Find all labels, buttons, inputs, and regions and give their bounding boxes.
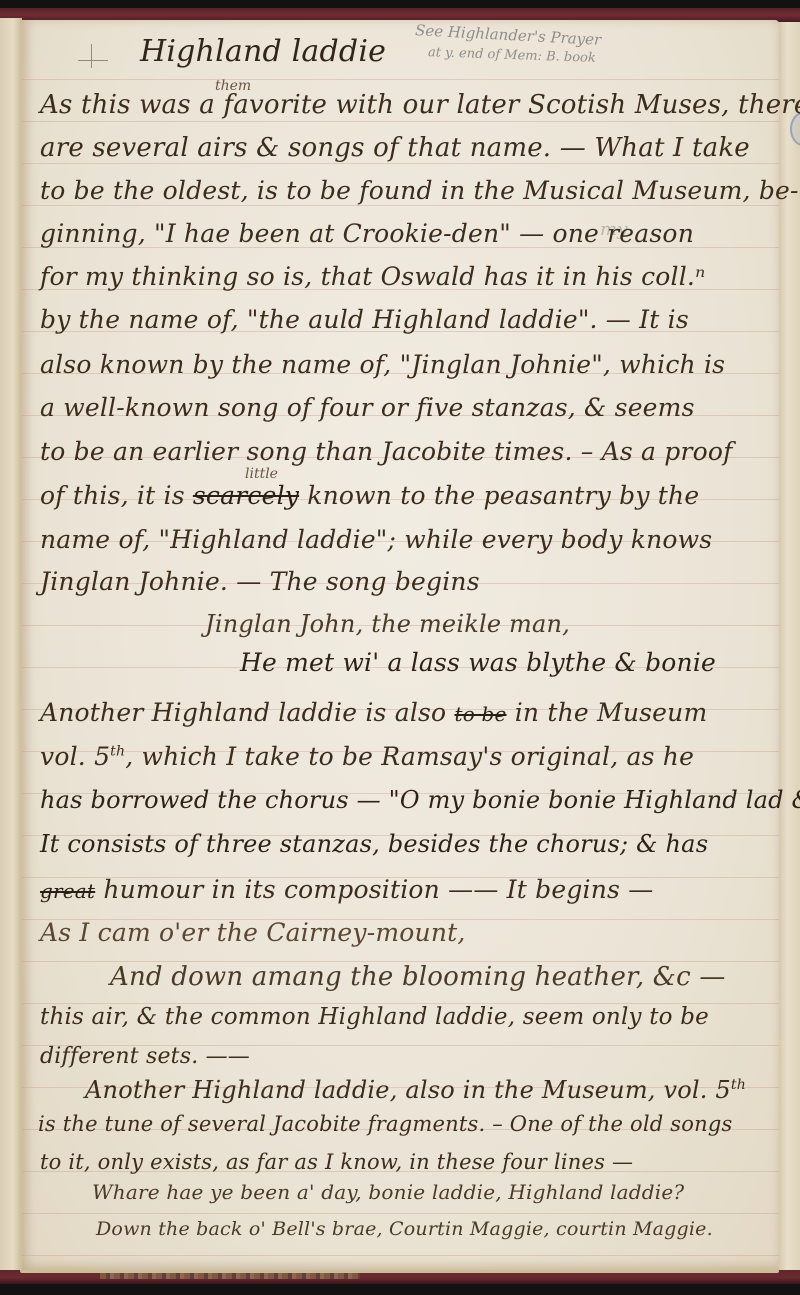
- text-line-10-end: known to the peasantry by the: [307, 481, 699, 510]
- binding-gutter: [0, 18, 22, 1270]
- faint-word-my: my: [600, 219, 628, 240]
- text-line-3: to be the oldest, is to be found in the …: [40, 176, 799, 205]
- text-line-19: different sets. ——: [40, 1044, 250, 1069]
- interlinear-insertion-little: little: [245, 466, 278, 482]
- text-line-21: is the tune of several Jacobite fragment…: [38, 1112, 732, 1136]
- text-line-20-text: Another Highland laddie, also in the Mus…: [85, 1076, 731, 1104]
- struck-word-great: great: [40, 879, 95, 903]
- text-line-13: Another Highland laddie is also to be in…: [40, 698, 707, 727]
- text-line-11: name of, "Highland laddie"; while every …: [40, 525, 712, 554]
- text-line-15: has borrowed the chorus — "O my bonie bo…: [40, 786, 800, 814]
- text-line-14: vol. 5th, which I take to be Ramsay's or…: [40, 742, 694, 771]
- text-line-13-start: Another Highland laddie is also: [40, 698, 446, 727]
- text-line-14-rest: , which I take to be Ramsay's original, …: [125, 742, 694, 771]
- text-line-13-end: in the Museum: [515, 698, 708, 727]
- superscript-th-2: th: [731, 1077, 746, 1093]
- text-line-7: also known by the name of, "Jinglan John…: [40, 350, 725, 379]
- facing-page-edge: [777, 22, 800, 1270]
- text-line-1: As this was a favorite with our later Sc…: [40, 90, 800, 120]
- text-line-14-vol: vol. 5: [40, 742, 110, 771]
- text-line-17: great humour in its composition —— It be…: [40, 875, 653, 904]
- text-line-22: to it, only exists, as far as I know, in…: [40, 1150, 633, 1174]
- text-line-17-text: humour in its composition —— It begins —: [103, 875, 653, 904]
- page-title: Highland laddie: [140, 34, 386, 69]
- text-line-10: of this, it is scarcely known to the pea…: [40, 481, 699, 510]
- verse-line-6: Down the back o' Bell's brae, Courtin Ma…: [96, 1218, 713, 1240]
- verse-line-3: As I cam o'er the Cairney-mount,: [40, 918, 466, 947]
- text-line-5: for my thinking so is, that Oswald has i…: [40, 262, 705, 291]
- text-line-4-text: ginning, "I hae been at Crookie-den" — o…: [40, 219, 694, 248]
- text-line-12: Jinglan Johnie. — The song begins: [40, 567, 480, 596]
- verse-line-4: And down amang the blooming heather, &c …: [110, 962, 726, 992]
- text-line-6: by the name of, "the auld Highland laddi…: [40, 305, 689, 334]
- text-line-9: to be an earlier song than Jacobite time…: [40, 437, 733, 466]
- struck-word-scarcely: scarcely: [193, 481, 299, 510]
- text-line-20: Another Highland laddie, also in the Mus…: [85, 1076, 746, 1104]
- manuscript-scan: Highland laddie See Highlander's Prayer …: [0, 0, 800, 1295]
- text-line-2: are several airs & songs of that name. —…: [40, 133, 750, 163]
- superscript-th: th: [110, 744, 125, 760]
- text-line-16: It consists of three stanzas, besides th…: [40, 830, 708, 858]
- verse-line-1: Jinglan John, the meikle man,: [205, 610, 570, 638]
- text-line-8: a well-known song of four or five stanza…: [40, 393, 695, 422]
- struck-words-to-be: to be: [454, 702, 506, 726]
- verse-line-5: Whare hae ye been a' day, bonie laddie, …: [92, 1180, 684, 1204]
- text-line-18: this air, & the common Highland laddie, …: [40, 1004, 709, 1030]
- pencil-cross-mark-icon: [78, 42, 110, 66]
- text-line-10-start: of this, it is: [40, 481, 185, 510]
- text-line-4: ginning, "I hae been at Crookie-den" — o…: [40, 219, 694, 248]
- verse-line-2: He met wi' a lass was blythe & bonie: [240, 648, 716, 677]
